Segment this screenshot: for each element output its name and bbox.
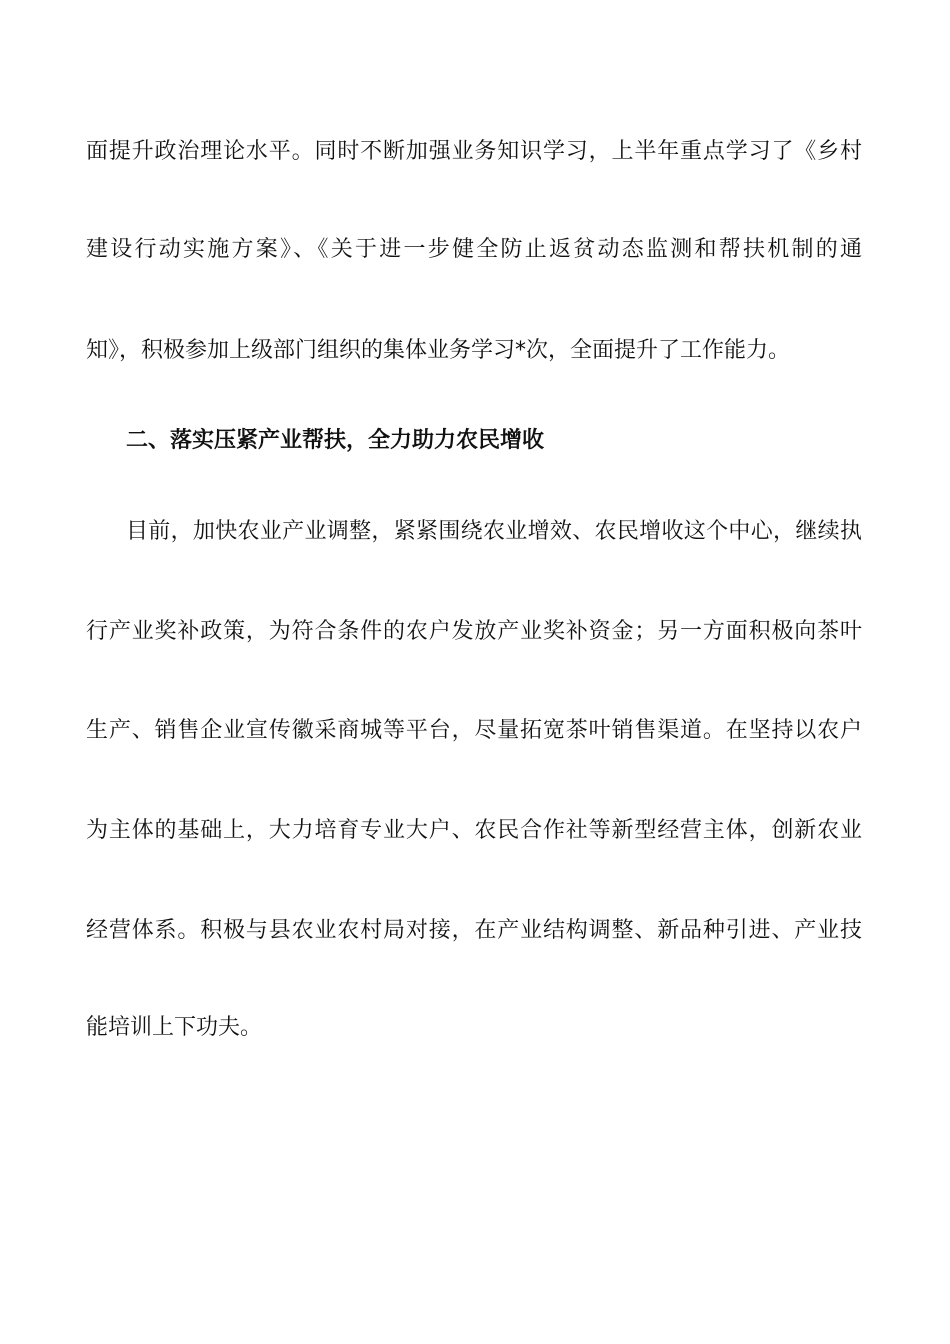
paragraph-line: 为主体的基础上，大力培育专业大户、农民合作社等新型经营主体，创新农业 [86, 816, 862, 846]
paragraph-line: 知》，积极参加上级部门组织的集体业务学习*次，全面提升了工作能力。 [86, 336, 862, 366]
paragraph-line: 面提升政治理论水平。同时不断加强业务知识学习，上半年重点学习了《乡村 [86, 137, 862, 167]
paragraph-line: 行产业奖补政策，为符合条件的农户发放产业奖补资金；另一方面积极向茶叶 [86, 617, 862, 647]
paragraph-line: 能培训上下功夫。 [86, 1013, 862, 1043]
document-page: 面提升政治理论水平。同时不断加强业务知识学习，上半年重点学习了《乡村 建设行动实… [0, 0, 950, 1344]
section-heading: 二、落实压紧产业帮扶，全力助力农民增收 [126, 426, 862, 456]
paragraph-line: 生产、销售企业宣传徽采商城等平台，尽量拓宽茶叶销售渠道。在坚持以农户 [86, 716, 862, 746]
paragraph-line: 建设行动实施方案》、《关于进一步健全防止返贫动态监测和帮扶机制的通 [86, 235, 862, 265]
paragraph-line: 经营体系。积极与县农业农村局对接，在产业结构调整、新品种引进、产业技 [86, 916, 862, 946]
paragraph-line: 目前，加快农业产业调整，紧紧围绕农业增效、农民增收这个中心，继续执 [126, 517, 862, 547]
